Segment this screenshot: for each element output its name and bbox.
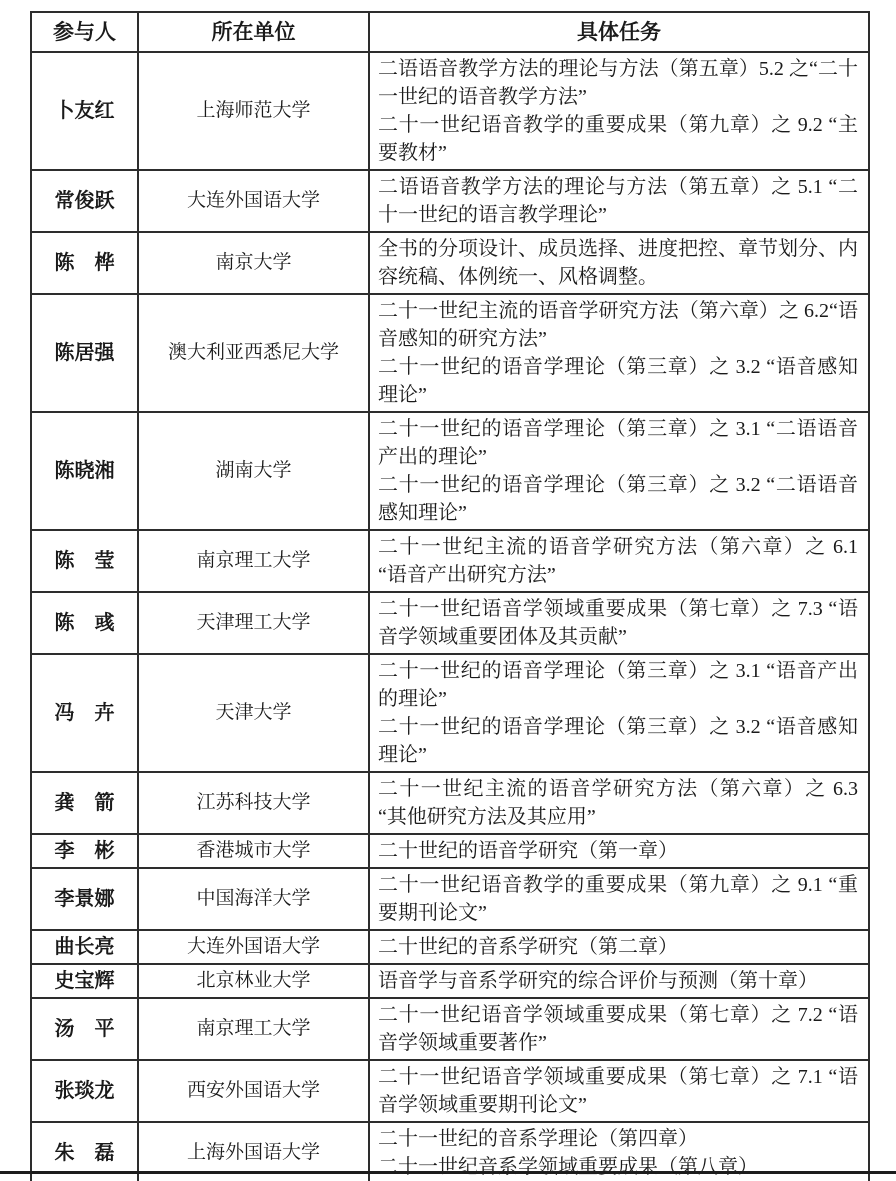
task-item: 语音学与音系学研究的综合评价与预测（第十章） [378,967,858,995]
unit-cell: 澳大利亚西悉尼大学 [138,294,369,412]
task-item: 二十一世纪音系学领域重要成果（第八章） [378,1153,858,1181]
task-item: 二十一世纪主流的语音学研究方法（第六章）之 6.2“语音感知的研究方法” [378,297,858,353]
table-row: 陈 彧 天津理工大学 二十一世纪语音学领域重要成果（第七章）之 7.3 “语音学… [31,592,869,654]
table-body: 卜友红 上海师范大学 二语语音教学方法的理论与方法（第五章）5.2 之“二十一世… [31,52,869,1181]
participant-name-cell: 陈 桦 [31,232,138,294]
header-unit: 所在单位 [138,12,369,52]
task-item: 全书的分项设计、成员选择、进度把控、章节划分、内容统稿、体例统一、风格调整。 [378,235,858,291]
participant-name-cell: 张琰龙 [31,1060,138,1122]
unit-cell: 中国海洋大学 [138,868,369,930]
unit-cell: 南京理工大学 [138,530,369,592]
unit-cell: 南京理工大学 [138,998,369,1060]
participant-name-cell: 陈居强 [31,294,138,412]
unit-cell: 南京大学 [138,232,369,294]
page-bottom-edge-line [0,1171,896,1174]
participant-name-cell: 冯 卉 [31,654,138,772]
tasks-cell: 二十一世纪语音学领域重要成果（第七章）之 7.2 “语音学领域重要著作” [369,998,869,1060]
task-item: 二十世纪的音系学研究（第二章） [378,933,858,961]
task-item: 二十一世纪的语音学理论（第三章）之 3.2 “语音感知理论” [378,353,858,409]
unit-cell: 上海师范大学 [138,52,369,170]
table-row: 汤 平 南京理工大学 二十一世纪语音学领域重要成果（第七章）之 7.2 “语音学… [31,998,869,1060]
table-row: 李景娜 中国海洋大学 二十一世纪语音教学的重要成果（第九章）之 9.1 “重要期… [31,868,869,930]
participant-name-cell: 汤 平 [31,998,138,1060]
header-row: 参与人 所在单位 具体任务 [31,12,869,52]
tasks-cell: 二十一世纪语音学领域重要成果（第七章）之 7.3 “语音学领域重要团体及其贡献” [369,592,869,654]
tasks-cell: 二十一世纪的语音学理论（第三章）之 3.1 “语音产出的理论”二十一世纪的语音学… [369,654,869,772]
tasks-cell: 二十世纪的语音学研究（第一章） [369,834,869,868]
document-page: 参与人 所在单位 具体任务 卜友红 上海师范大学 二语语音教学方法的理论与方法（… [0,0,896,1181]
tasks-cell: 二十一世纪语音教学的重要成果（第九章）之 9.1 “重要期刊论文” [369,868,869,930]
task-item: 二十一世纪语音教学的重要成果（第九章）之 9.1 “重要期刊论文” [378,871,858,927]
table-row: 陈 莹 南京理工大学 二十一世纪主流的语音学研究方法（第六章）之 6.1 “语音… [31,530,869,592]
unit-cell: 湖南大学 [138,412,369,530]
table-row: 陈 桦 南京大学 全书的分项设计、成员选择、进度把控、章节划分、内容统稿、体例统… [31,232,869,294]
unit-cell: 大连外国语大学 [138,170,369,232]
tasks-cell: 二十一世纪主流的语音学研究方法（第六章）之 6.2“语音感知的研究方法”二十一世… [369,294,869,412]
participant-name-cell: 龚 箭 [31,772,138,834]
unit-cell: 天津理工大学 [138,592,369,654]
task-item: 二十一世纪的语音学理论（第三章）之 3.2 “语音感知理论” [378,713,858,769]
tasks-cell: 二十一世纪语音学领域重要成果（第七章）之 7.1 “语音学领域重要期刊论文” [369,1060,869,1122]
participant-name-cell: 常俊跃 [31,170,138,232]
tasks-cell: 二十世纪的音系学研究（第二章） [369,930,869,964]
table-row: 李 彬 香港城市大学 二十世纪的语音学研究（第一章） [31,834,869,868]
table-row: 曲长亮 大连外国语大学 二十世纪的音系学研究（第二章） [31,930,869,964]
participant-name-cell: 陈 彧 [31,592,138,654]
task-item: 二十一世纪主流的语音学研究方法（第六章）之 6.3 “其他研究方法及其应用” [378,775,858,831]
table-row: 陈居强 澳大利亚西悉尼大学 二十一世纪主流的语音学研究方法（第六章）之 6.2“… [31,294,869,412]
unit-cell: 北京林业大学 [138,964,369,998]
table-container: 参与人 所在单位 具体任务 卜友红 上海师范大学 二语语音教学方法的理论与方法（… [30,11,868,1181]
unit-cell: 西安外国语大学 [138,1060,369,1122]
tasks-cell: 全书的分项设计、成员选择、进度把控、章节划分、内容统稿、体例统一、风格调整。 [369,232,869,294]
table-row: 常俊跃 大连外国语大学 二语语音教学方法的理论与方法（第五章）之 5.1 “二十… [31,170,869,232]
tasks-cell: 二十一世纪主流的语音学研究方法（第六章）之 6.1 “语音产出研究方法” [369,530,869,592]
table-row: 冯 卉 天津大学 二十一世纪的语音学理论（第三章）之 3.1 “语音产出的理论”… [31,654,869,772]
tasks-cell: 二语语音教学方法的理论与方法（第五章）之 5.1 “二十一世纪的语言教学理论” [369,170,869,232]
participant-name-cell: 陈 莹 [31,530,138,592]
task-item: 二十一世纪的语音学理论（第三章）之 3.1 “语音产出的理论” [378,657,858,713]
table-row: 史宝辉 北京林业大学 语音学与音系学研究的综合评价与预测（第十章） [31,964,869,998]
participant-name-cell: 李 彬 [31,834,138,868]
participants-table: 参与人 所在单位 具体任务 卜友红 上海师范大学 二语语音教学方法的理论与方法（… [30,11,870,1181]
tasks-cell: 语音学与音系学研究的综合评价与预测（第十章） [369,964,869,998]
table-row: 张琰龙 西安外国语大学 二十一世纪语音学领域重要成果（第七章）之 7.1 “语音… [31,1060,869,1122]
task-item: 二十一世纪语音学领域重要成果（第七章）之 7.3 “语音学领域重要团体及其贡献” [378,595,858,651]
task-item: 二十一世纪的音系学理论（第四章） [378,1125,858,1153]
task-item: 二十一世纪语音学领域重要成果（第七章）之 7.2 “语音学领域重要著作” [378,1001,858,1057]
participant-name-cell: 曲长亮 [31,930,138,964]
unit-cell: 大连外国语大学 [138,930,369,964]
tasks-cell: 二语语音教学方法的理论与方法（第五章）5.2 之“二十一世纪的语音教学方法”二十… [369,52,869,170]
tasks-cell: 二十一世纪主流的语音学研究方法（第六章）之 6.3 “其他研究方法及其应用” [369,772,869,834]
task-item: 二语语音教学方法的理论与方法（第五章）5.2 之“二十一世纪的语音教学方法” [378,55,858,111]
table-row: 陈晓湘 湖南大学 二十一世纪的语音学理论（第三章）之 3.1 “二语语音产出的理… [31,412,869,530]
unit-cell: 香港城市大学 [138,834,369,868]
header-participant: 参与人 [31,12,138,52]
tasks-cell: 二十一世纪的语音学理论（第三章）之 3.1 “二语语音产出的理论”二十一世纪的语… [369,412,869,530]
task-item: 二十世纪的语音学研究（第一章） [378,837,858,865]
unit-cell: 天津大学 [138,654,369,772]
table-row: 龚 箭 江苏科技大学 二十一世纪主流的语音学研究方法（第六章）之 6.3 “其他… [31,772,869,834]
task-item: 二十一世纪的语音学理论（第三章）之 3.2 “二语语音感知理论” [378,471,858,527]
task-item: 二语语音教学方法的理论与方法（第五章）之 5.1 “二十一世纪的语言教学理论” [378,173,858,229]
header-tasks: 具体任务 [369,12,869,52]
task-item: 二十一世纪语音教学的重要成果（第九章）之 9.2 “主要教材” [378,111,858,167]
participant-name-cell: 陈晓湘 [31,412,138,530]
table-row: 卜友红 上海师范大学 二语语音教学方法的理论与方法（第五章）5.2 之“二十一世… [31,52,869,170]
participant-name-cell: 史宝辉 [31,964,138,998]
task-item: 二十一世纪的语音学理论（第三章）之 3.1 “二语语音产出的理论” [378,415,858,471]
task-item: 二十一世纪语音学领域重要成果（第七章）之 7.1 “语音学领域重要期刊论文” [378,1063,858,1119]
participant-name-cell: 卜友红 [31,52,138,170]
unit-cell: 江苏科技大学 [138,772,369,834]
task-item: 二十一世纪主流的语音学研究方法（第六章）之 6.1 “语音产出研究方法” [378,533,858,589]
participant-name-cell: 李景娜 [31,868,138,930]
